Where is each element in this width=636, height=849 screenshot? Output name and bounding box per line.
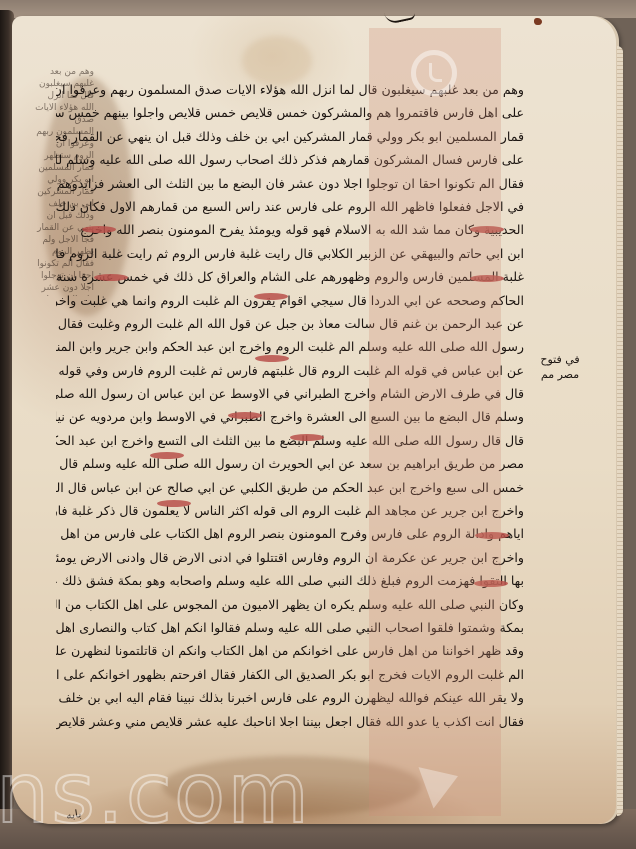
circle-logo-icon <box>411 50 457 96</box>
red-rubric-mark <box>82 226 116 233</box>
red-rubric-mark <box>254 293 288 300</box>
margin-note-line: مصر مم <box>535 367 585 382</box>
red-rubric-mark <box>228 412 262 419</box>
watermark-overlay <box>369 28 501 816</box>
ink-blot-mark <box>534 18 542 25</box>
red-rubric-mark <box>157 500 191 507</box>
red-rubric-mark <box>290 434 324 441</box>
page-stack-edge <box>617 46 623 816</box>
margin-note: في فتوح مصر مم <box>535 352 585 382</box>
red-rubric-mark <box>94 274 128 281</box>
margin-note-line: في فتوح <box>535 352 585 367</box>
watermark-text: ns.com <box>0 748 311 838</box>
red-rubric-mark <box>255 355 289 362</box>
red-rubric-mark <box>150 452 184 459</box>
